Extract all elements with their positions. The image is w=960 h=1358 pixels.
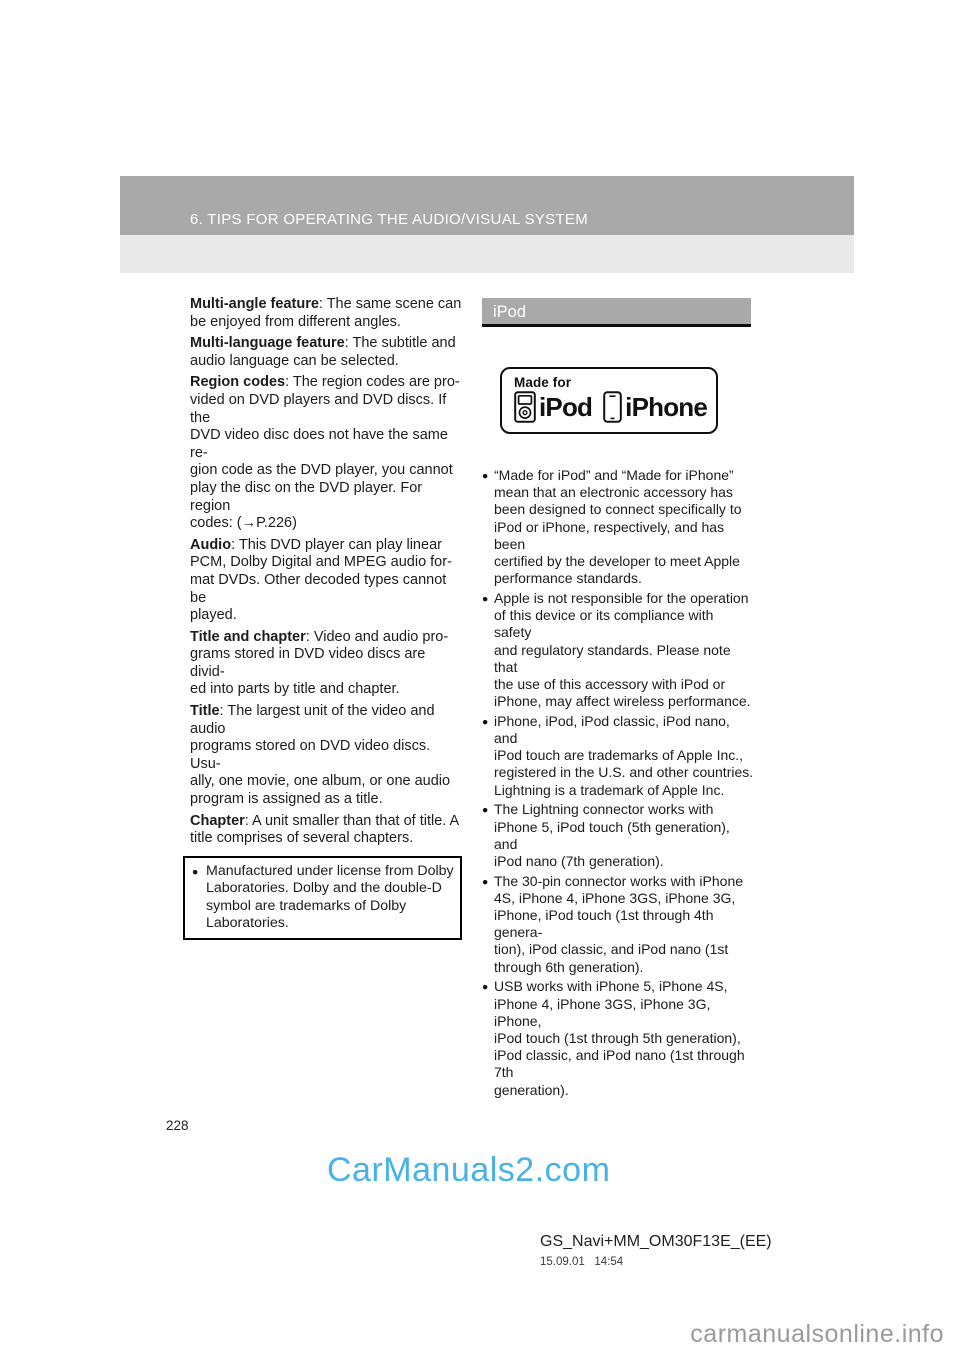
chapter-subheader-band	[120, 235, 854, 273]
badge-ipod-label: iPod	[539, 392, 592, 423]
paragraph-title: Title: The largest unit of the video and…	[190, 703, 462, 809]
bullet-icon: ●	[482, 873, 494, 891]
document-code: GS_Navi+MM_OM30F13E_(EE)	[540, 1233, 772, 1251]
iphone-icon	[603, 391, 622, 423]
bullet-icon: ●	[192, 863, 206, 881]
term-multi-angle: Multi-angle feature	[190, 296, 319, 312]
list-item: ● iPhone, iPod, iPod classic, iPod nano,…	[482, 713, 754, 799]
paragraph-chapter: Chapter: A unit smaller than that of tit…	[190, 813, 462, 848]
paragraph-region-codes: Region codes: The region codes are pro- …	[190, 374, 462, 532]
term-region-codes: Region codes	[190, 374, 285, 390]
paragraph-title-and-chapter: Title and chapter: Video and audio pro- …	[190, 629, 462, 699]
term-title: Title	[190, 703, 220, 719]
bullet-text-usb: USB works with iPhone 5, iPhone 4S, iPho…	[494, 978, 754, 1098]
term-chapter: Chapter	[190, 813, 245, 829]
bullet-text-30pin-connector: The 30-pin connector works with iPhone 4…	[494, 873, 754, 976]
text-title: : The largest unit of the video and audi…	[190, 703, 450, 807]
list-item: ● The Lightning connector works with iPh…	[482, 801, 754, 870]
paragraph-multi-angle: Multi-angle feature: The same scene can …	[190, 296, 462, 331]
made-for-apple-badge: Made for iPod	[500, 367, 718, 434]
bullet-icon: ●	[482, 467, 494, 485]
badge-iphone-label: iPhone	[625, 392, 707, 423]
bullet-text-made-for: “Made for iPod” and “Made for iPhone” me…	[494, 467, 754, 587]
section-header-ipod: iPod	[482, 298, 751, 327]
ipod-info-list: ● “Made for iPod” and “Made for iPhone” …	[482, 467, 754, 1099]
chapter-header-band: 6. TIPS FOR OPERATING THE AUDIO/VISUAL S…	[120, 176, 854, 235]
page-number: 228	[166, 1118, 189, 1133]
list-item: ● Apple is not responsible for the opera…	[482, 590, 754, 710]
text-region-codes: : The region codes are pro- vided on DVD…	[190, 374, 460, 531]
bullet-icon: ●	[482, 978, 494, 996]
term-audio: Audio	[190, 537, 231, 553]
paragraph-multi-language: Multi-language feature: The subtitle and…	[190, 335, 462, 370]
list-item: ● USB works with iPhone 5, iPhone 4S, iP…	[482, 978, 754, 1098]
document-timestamp: 15.09.01 14:54	[540, 1256, 623, 1268]
left-column: Multi-angle feature: The same scene can …	[190, 296, 462, 940]
bullet-icon: ●	[482, 590, 494, 608]
manual-page: 6. TIPS FOR OPERATING THE AUDIO/VISUAL S…	[0, 0, 960, 1358]
chapter-title: 6. TIPS FOR OPERATING THE AUDIO/VISUAL S…	[190, 211, 588, 228]
paragraph-audio: Audio: This DVD player can play linear P…	[190, 537, 462, 625]
bullet-icon: ●	[482, 713, 494, 731]
badge-device-row: iPod iPhone	[514, 391, 710, 423]
bullet-text-lightning-connector: The Lightning connector works with iPhon…	[494, 801, 754, 870]
list-item: ● “Made for iPod” and “Made for iPhone” …	[482, 467, 754, 587]
term-title-and-chapter: Title and chapter	[190, 629, 306, 645]
carmanuals2-watermark: CarManuals2.com	[327, 1151, 610, 1190]
term-multi-language: Multi-language feature	[190, 335, 345, 351]
made-for-label: Made for	[514, 375, 710, 390]
dolby-note-box: ● Manufactured under license from Dolby …	[183, 856, 462, 941]
section-header-label: iPod	[482, 298, 751, 326]
right-column: iPod Made for iPod	[482, 298, 754, 1101]
bullet-icon: ●	[482, 801, 494, 819]
ipod-classic-icon	[514, 391, 536, 423]
list-item: ● The 30-pin connector works with iPhone…	[482, 873, 754, 976]
bullet-text-trademarks: iPhone, iPod, iPod classic, iPod nano, a…	[494, 713, 754, 799]
site-link[interactable]: carmanualsonline.info	[690, 1320, 944, 1349]
bullet-text-apple-responsibility: Apple is not responsible for the operati…	[494, 590, 754, 710]
dolby-note-text: Manufactured under license from Dolby La…	[206, 863, 454, 933]
